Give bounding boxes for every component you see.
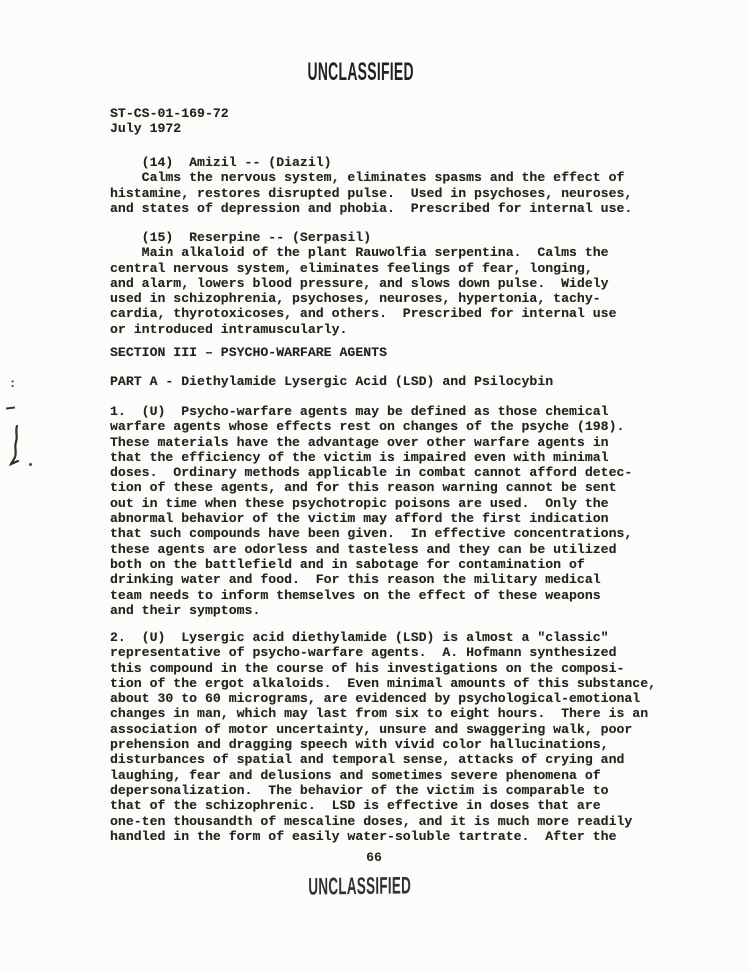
margin-ink-dot	[29, 463, 32, 466]
paragraph-2: 2. (U) Lysergic acid diethylamide (LSD) …	[110, 630, 656, 844]
document-date: July 1972	[110, 121, 181, 136]
classification-stamp-top: UNCLASSIFIED	[261, 58, 461, 86]
document-page: UNCLASSIFIED ST-CS-01-169-72 July 1972 (…	[0, 0, 750, 972]
entry-14-amizil: (14) Amizil -- (Diazil) Calms the nervou…	[110, 155, 632, 216]
page-number: 66	[274, 850, 474, 865]
section-heading: SECTION III – PSYCHO-WARFARE AGENTS	[110, 345, 387, 360]
document-number: ST-CS-01-169-72	[110, 106, 229, 121]
classification-stamp-bottom: UNCLASSIFIED	[260, 873, 460, 901]
classification-stamp-top-text: UNCLASSIFIED	[308, 58, 414, 87]
classification-stamp-bottom-text: UNCLASSIFIED	[309, 872, 412, 901]
paragraph-1: 1. (U) Psycho-warfare agents may be defi…	[110, 404, 632, 618]
part-heading: PART A - Diethylamide Lysergic Acid (LSD…	[110, 374, 553, 389]
margin-pen-mark-colon: :	[9, 377, 16, 391]
margin-pen-mark-squiggle	[8, 424, 24, 473]
pen-squiggle-icon	[8, 424, 24, 468]
entry-15-reserpine: (15) Reserpine -- (Serpasil) Main alkalo…	[110, 230, 616, 337]
margin-pen-mark-dash	[6, 407, 15, 410]
